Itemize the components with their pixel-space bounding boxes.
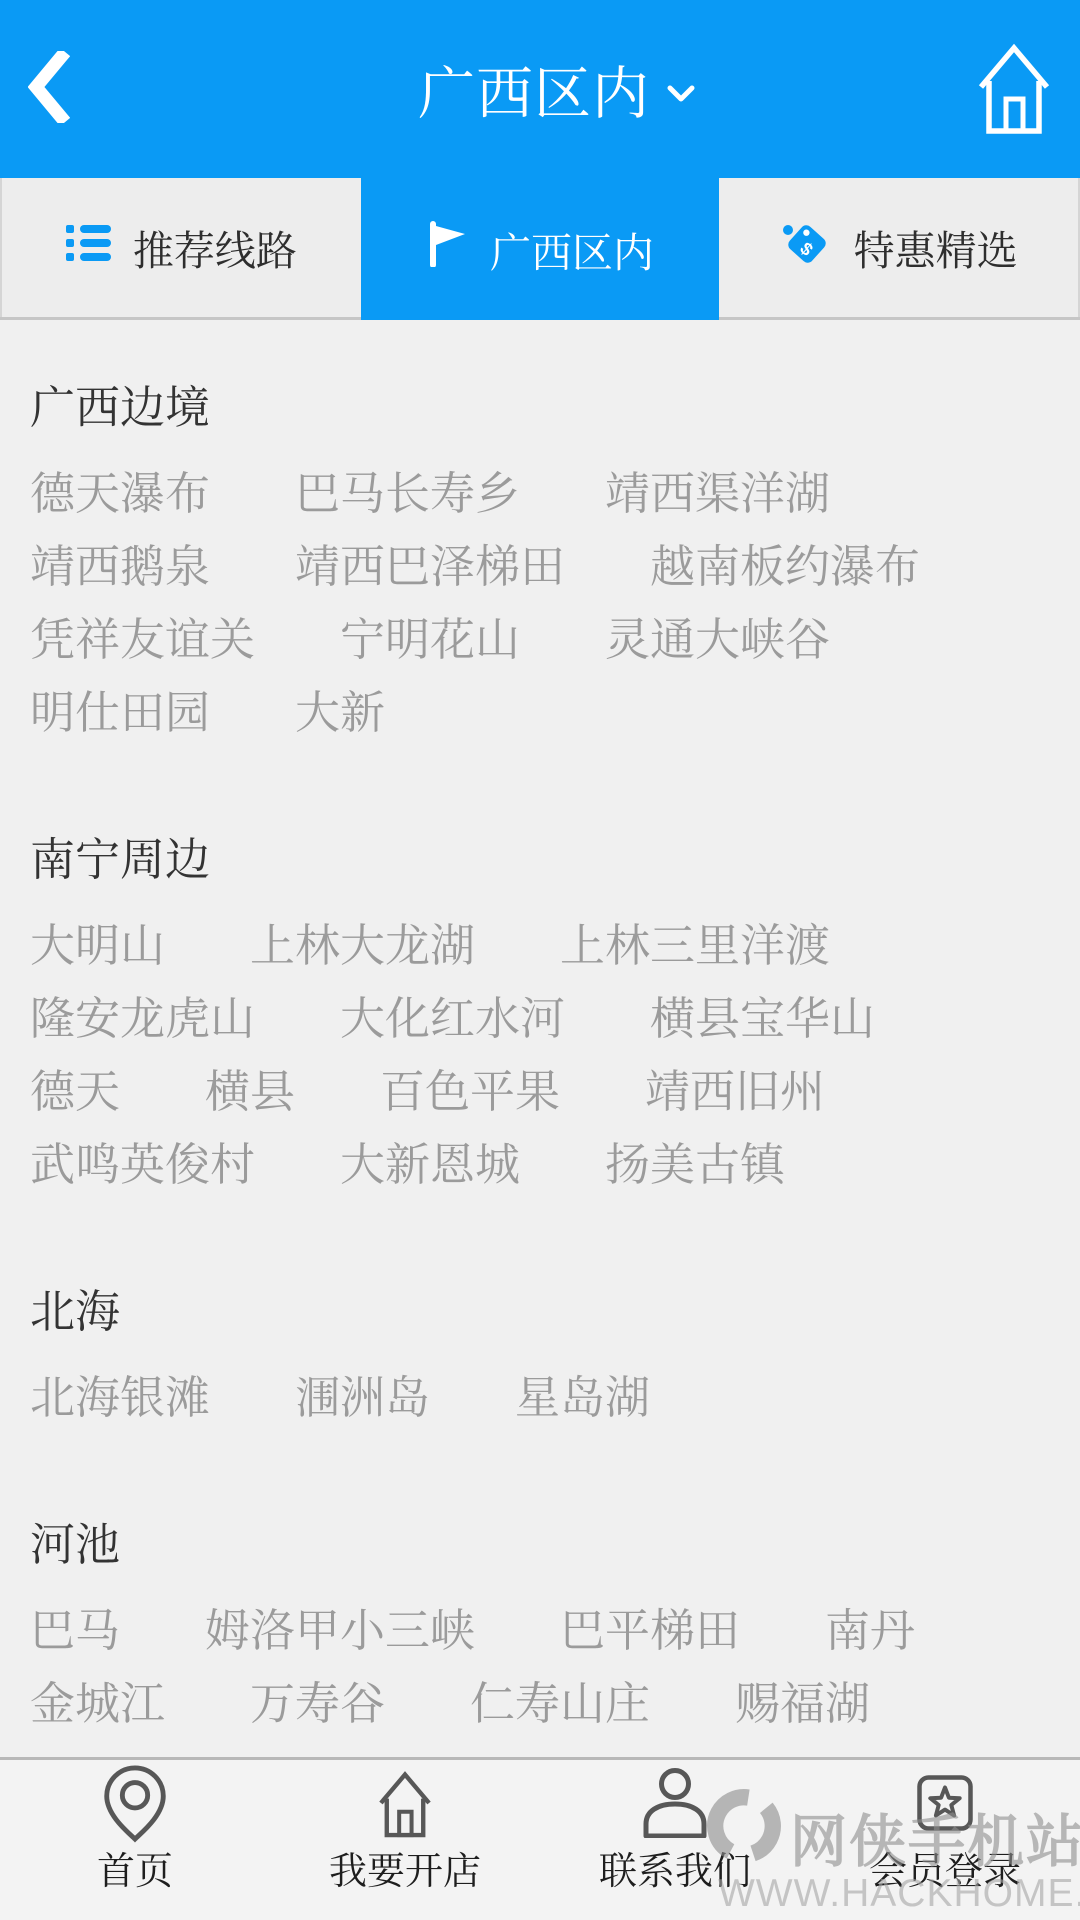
nav-label: 会员登录	[869, 1852, 1021, 1892]
destination-link[interactable]: 宁明花山	[340, 616, 520, 663]
destination-link[interactable]: 上林大龙湖	[250, 922, 475, 969]
location-pin-icon	[96, 1762, 174, 1844]
price-tag-icon: $	[780, 217, 832, 279]
destination-row: 凭祥友谊关宁明花山灵通大峡谷	[30, 616, 1050, 663]
destination-link[interactable]: 涠洲岛	[295, 1374, 430, 1421]
tab-guangxi-region[interactable]: 广西区内	[361, 178, 720, 320]
destination-link[interactable]: 灵通大峡谷	[605, 616, 830, 663]
chevron-left-icon	[28, 51, 70, 128]
destination-row: 巴马姆洛甲小三峡巴平梯田南丹	[30, 1607, 1050, 1654]
flag-icon	[426, 221, 468, 277]
star-badge-icon	[916, 1762, 974, 1844]
destination-link[interactable]: 凭祥友谊关	[30, 616, 255, 663]
destination-link[interactable]: 大明山	[30, 922, 165, 969]
destination-row: 德天瀑布巴马长寿乡靖西渠洋湖	[30, 470, 1050, 517]
destination-row: 大明山上林大龙湖上林三里洋渡	[30, 922, 1050, 969]
home-button[interactable]	[976, 39, 1052, 140]
destination-link[interactable]: 巴马长寿乡	[295, 470, 520, 517]
destination-link[interactable]: 大新	[295, 689, 385, 736]
home-icon	[374, 1762, 436, 1844]
tab-label: 特惠精选	[854, 218, 1018, 277]
person-icon	[637, 1762, 713, 1844]
section-title: 北海	[30, 1288, 1050, 1336]
bottom-nav: 首页 我要开店 联系我们	[0, 1757, 1080, 1920]
destination-section: 南宁周边大明山上林大龙湖上林三里洋渡隆安龙虎山大化红水河横县宝华山德天横县百色平…	[30, 836, 1050, 1188]
destination-link[interactable]: 德天瀑布	[30, 470, 210, 517]
section-title: 河池	[30, 1521, 1050, 1569]
destination-section: 北海北海银滩涠洲岛星岛湖	[30, 1288, 1050, 1421]
destination-section: 广西边境德天瀑布巴马长寿乡靖西渠洋湖靖西鹅泉靖西巴泽梯田越南板约瀑布凭祥友谊关宁…	[30, 384, 1050, 736]
destination-link[interactable]: 靖西渠洋湖	[605, 470, 830, 517]
destination-row: 武鸣英俊村大新恩城扬美古镇	[30, 1141, 1050, 1188]
destination-link[interactable]: 德天	[30, 1068, 120, 1115]
destination-link[interactable]: 隆安龙虎山	[30, 995, 255, 1042]
destination-link[interactable]: 百色平果	[380, 1068, 560, 1115]
destination-row: 金城江万寿谷仁寿山庄赐福湖	[30, 1680, 1050, 1727]
destination-link[interactable]: 武鸣英俊村	[30, 1141, 255, 1188]
destination-link[interactable]: 上林三里洋渡	[560, 922, 830, 969]
destination-row: 隆安龙虎山大化红水河横县宝华山	[30, 995, 1050, 1042]
destination-section: 河池巴马姆洛甲小三峡巴平梯田南丹金城江万寿谷仁寿山庄赐福湖	[30, 1521, 1050, 1727]
nav-label: 联系我们	[599, 1852, 751, 1892]
section-title: 南宁周边	[30, 836, 1050, 884]
destination-link[interactable]: 北海银滩	[30, 1374, 210, 1421]
destination-link[interactable]: 巴马	[30, 1607, 120, 1654]
nav-label: 我要开店	[329, 1852, 481, 1892]
nav-item-home[interactable]: 首页	[0, 1760, 270, 1920]
destination-link[interactable]: 仁寿山庄	[470, 1680, 650, 1727]
destination-link[interactable]: 星岛湖	[515, 1374, 650, 1421]
app-screen: 广西区内	[0, 0, 1080, 1920]
chevron-down-icon	[666, 84, 696, 109]
destination-row: 明仕田园大新	[30, 689, 1050, 736]
home-icon	[976, 39, 1052, 140]
list-icon	[66, 224, 111, 271]
tab-label: 推荐线路	[133, 218, 297, 277]
destination-link[interactable]: 南丹	[825, 1607, 915, 1654]
tab-bar: 推荐线路 广西区内 $	[0, 178, 1080, 320]
tab-special-offers[interactable]: $ 特惠精选	[719, 178, 1080, 317]
destination-link[interactable]: 明仕田园	[30, 689, 210, 736]
destination-link[interactable]: 金城江	[30, 1680, 165, 1727]
header: 广西区内	[0, 0, 1080, 178]
destination-link[interactable]: 靖西鹅泉	[30, 543, 210, 590]
nav-label: 首页	[97, 1852, 173, 1892]
page-title: 广西区内	[418, 48, 650, 130]
nav-item-member-login[interactable]: 会员登录	[810, 1760, 1080, 1920]
section-title: 广西边境	[30, 384, 1050, 432]
destination-link[interactable]: 大新恩城	[340, 1141, 520, 1188]
destination-list: 广西边境德天瀑布巴马长寿乡靖西渠洋湖靖西鹅泉靖西巴泽梯田越南板约瀑布凭祥友谊关宁…	[0, 320, 1080, 1727]
destination-row: 靖西鹅泉靖西巴泽梯田越南板约瀑布	[30, 543, 1050, 590]
destination-link[interactable]: 横县宝华山	[650, 995, 875, 1042]
destination-link[interactable]: 靖西巴泽梯田	[295, 543, 565, 590]
nav-item-open-shop[interactable]: 我要开店	[270, 1760, 540, 1920]
destination-link[interactable]: 横县	[205, 1068, 295, 1115]
tab-recommended-routes[interactable]: 推荐线路	[0, 178, 361, 317]
destination-link[interactable]: 万寿谷	[250, 1680, 385, 1727]
back-button[interactable]	[28, 51, 98, 128]
tab-label: 广西区内	[490, 220, 654, 279]
destination-row: 德天横县百色平果靖西旧州	[30, 1068, 1050, 1115]
destination-link[interactable]: 大化红水河	[340, 995, 565, 1042]
destination-link[interactable]: 赐福湖	[735, 1680, 870, 1727]
destination-link[interactable]: 巴平梯田	[560, 1607, 740, 1654]
destination-link[interactable]: 姆洛甲小三峡	[205, 1607, 475, 1654]
destination-link[interactable]: 扬美古镇	[605, 1141, 785, 1188]
destination-link[interactable]: 越南板约瀑布	[650, 543, 920, 590]
destination-link[interactable]: 靖西旧州	[645, 1068, 825, 1115]
title-dropdown[interactable]: 广西区内	[418, 48, 696, 130]
nav-item-contact-us[interactable]: 联系我们	[540, 1760, 810, 1920]
destination-row: 北海银滩涠洲岛星岛湖	[30, 1374, 1050, 1421]
